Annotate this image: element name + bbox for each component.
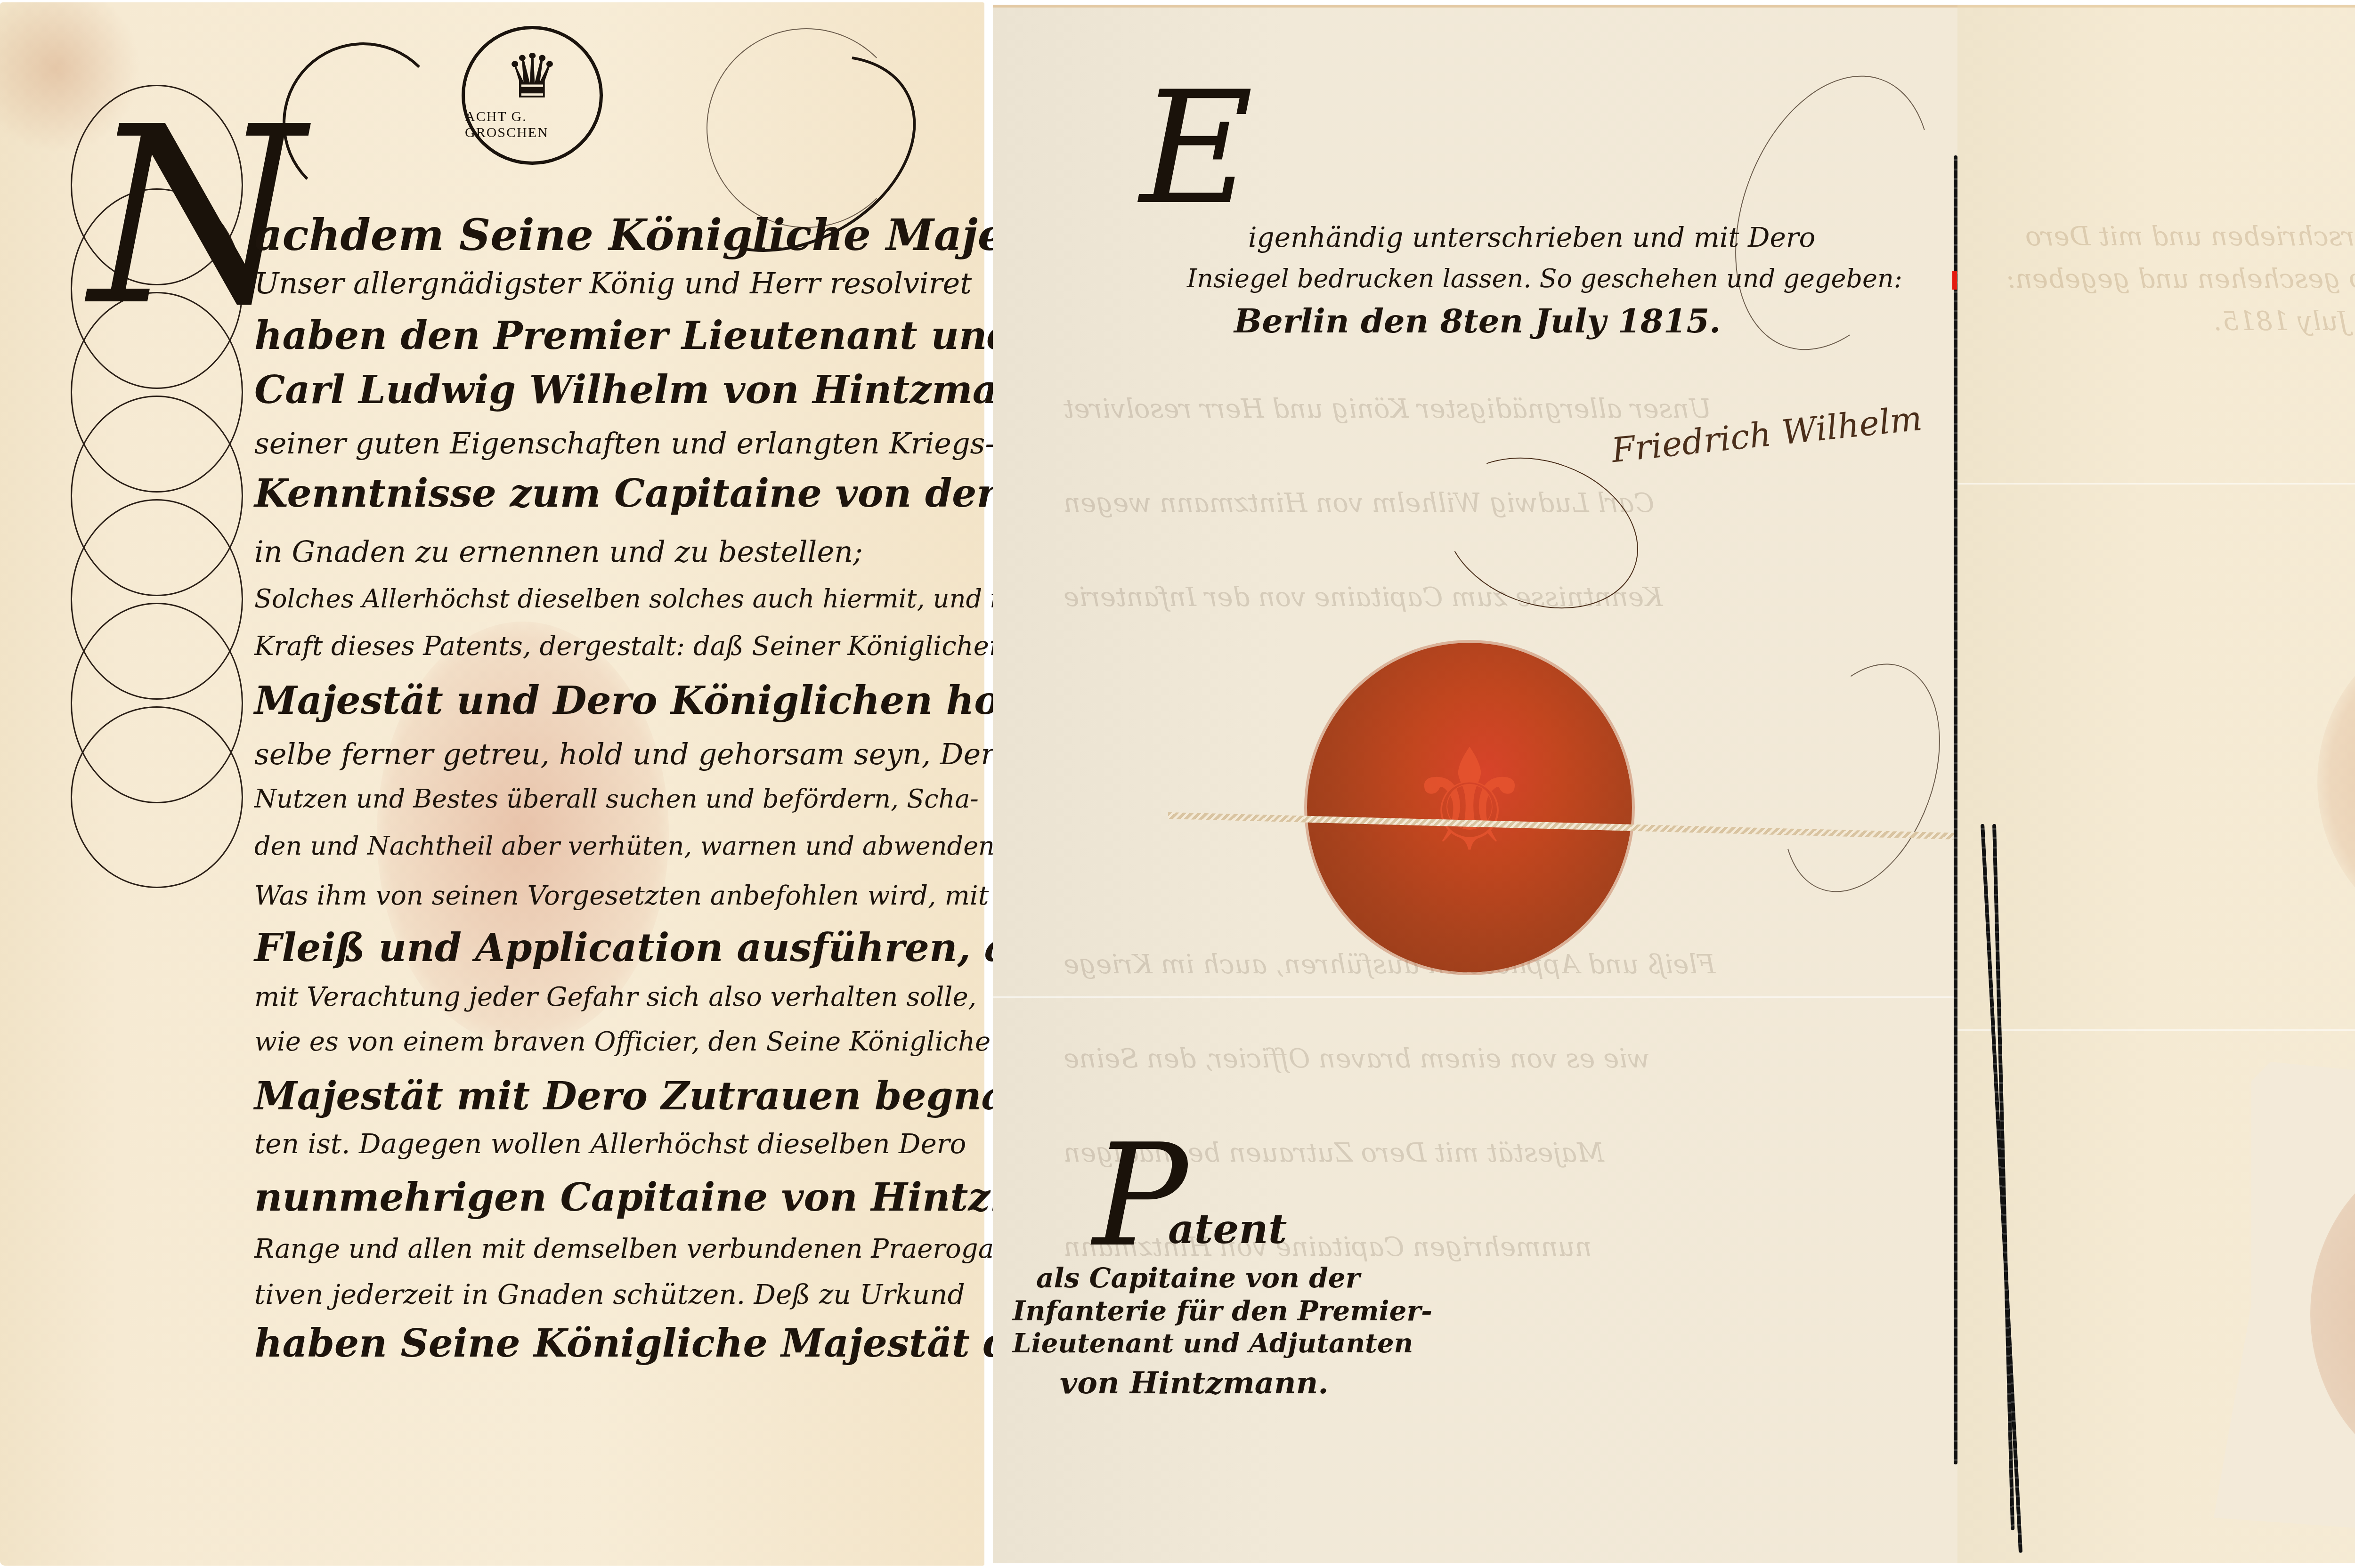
- stamp-text: ACHT G. GROSCHEN: [465, 109, 600, 141]
- top-flourish: [706, 28, 906, 228]
- top-flourish: [283, 42, 444, 203]
- text-line: Nutzen und Bestes überall suchen und bef…: [254, 784, 979, 814]
- text-line: Was ihm von seinen Vorgesetzten anbefohl…: [254, 881, 989, 911]
- royal-coat-of-arms-icon: ⚜: [1406, 719, 1533, 883]
- title-line: Infanterie für den Premier-: [1013, 1295, 1432, 1327]
- bleedthrough-text: wie es von einem braven Officier, den Se…: [1064, 1043, 1650, 1074]
- text-line: Kraft dieses Patents, dergestalt: daß Se…: [254, 631, 1006, 662]
- title-line: von Hintzmann.: [1060, 1366, 1328, 1401]
- bleedthrough-text: Unser allergnädigster König und Herr res…: [1064, 394, 1712, 424]
- decorative-initial: E: [1140, 71, 1253, 226]
- binding-cord: [1954, 155, 1957, 1464]
- closing-line: Insiegel bedrucken lassen. So geschehen …: [1187, 264, 1902, 293]
- text-line: den und Nachtheil aber verhüten, warnen …: [254, 831, 1003, 861]
- offset-text-ghost: Berlin den 8ten July 1815.: [2214, 306, 2355, 337]
- text-line: in Gnaden zu ernennen und zu bestellen;: [254, 534, 863, 569]
- patent-title: atent: [1168, 1205, 1287, 1253]
- tax-stamp: ♛ ACHT G. GROSCHEN: [462, 26, 603, 165]
- red-thread-mark: [1952, 271, 1957, 290]
- offset-text-ghost: Insiegel bedrucken lassen. So geschehen …: [2006, 264, 2355, 294]
- text-line: Solches Allerhöchst dieselben solches au…: [254, 584, 1015, 614]
- text-line: ten ist. Dagegen wollen Allerhöchst dies…: [254, 1128, 966, 1160]
- wax-seal: ⚜: [1307, 643, 1632, 972]
- text-line: wie es von einem braven Officier, den Se…: [254, 1026, 991, 1057]
- text-line: mit Verachtung jeder Gefahr sich also ve…: [254, 982, 976, 1012]
- fold-crease: [993, 996, 1957, 998]
- title-line: als Capitaine von der: [1036, 1262, 1360, 1294]
- text-line: Range und allen mit demselben verbundene…: [254, 1234, 1003, 1264]
- text-line: Unser allergnädigster König und Herr res…: [254, 266, 972, 300]
- fold-crease: [1957, 483, 2355, 485]
- date-line: Berlin den 8ten July 1815.: [1234, 301, 1721, 340]
- text-line: seiner guten Eigenschaften und erlangten…: [254, 426, 995, 461]
- crowned-eagle-icon: ♛: [505, 46, 560, 107]
- bleedthrough-text: Fleiß und Application ausführen, auch im…: [1064, 949, 1715, 980]
- text-line: tiven jederzeit in Gnaden schützen. Deß …: [254, 1278, 965, 1310]
- fold-crease: [1957, 1029, 2355, 1031]
- title-line: Lieutenant und Adjutanten: [1013, 1328, 1413, 1359]
- closing-line: igenhändig unterschrieben und mit Dero: [1248, 221, 1815, 253]
- text-line: selbe ferner getreu, hold und gehorsam s…: [254, 737, 1012, 771]
- offset-text-ghost: Eigenhändig unterschrieben und mit Dero: [2025, 221, 2355, 252]
